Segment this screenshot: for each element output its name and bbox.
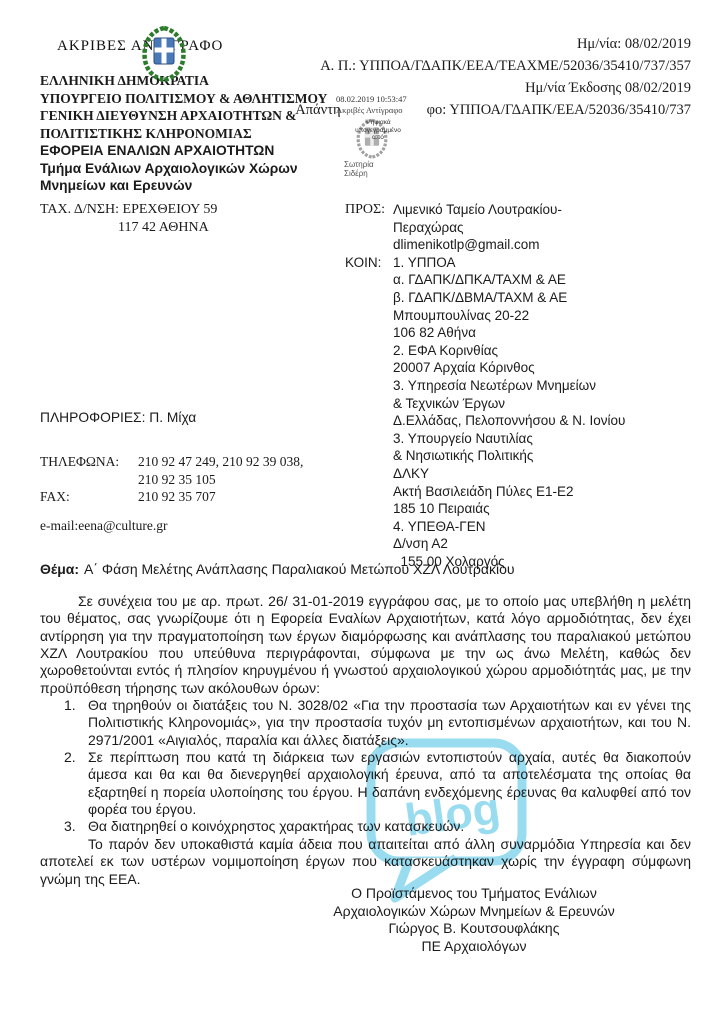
department-line2: Μνημείων και Ερευνών bbox=[40, 177, 360, 194]
signature-title-line1: Ο Προϊστάμενος του Τμήματος Ενάλιων bbox=[268, 885, 680, 903]
phones-block: ΤΗΛΕΦΩΝΑ: 210 92 47 249, 210 92 39 038, … bbox=[40, 453, 303, 506]
subject-text: Α΄ Φάση Μελέτης Ανάπλασης Παραλιακού Μετ… bbox=[84, 561, 515, 577]
term-item-2-number: 2. bbox=[64, 749, 76, 766]
cc-line: β. ΓΔΑΠΚ/ΔΒΜΑ/ΤΑΧΜ & ΑΕ bbox=[393, 289, 625, 307]
cc-line: 106 82 Αθήνα bbox=[393, 324, 625, 342]
term-item-2: 2.Σε περίπτωση που κατά τη διάρκεια των … bbox=[40, 749, 691, 818]
stamp-signer-last: Σιδέρη bbox=[344, 169, 374, 178]
signature-title-line2: Αρχαιολογικών Χώρων Μνημείων & Ερευνών bbox=[268, 903, 680, 921]
digital-signature-stamp: 08.02.2019 10:53:47 Ακριβές Αντίγραφο Ψη… bbox=[336, 94, 456, 160]
cc-line: α. ΓΔΑΠΚ/ΔΠΚΑ/ΤΑΧΜ & ΑΕ bbox=[393, 271, 625, 289]
department-line1: Τμήμα Ενάλιων Αρχαιολογικών Χώρων bbox=[40, 160, 360, 177]
cc-line: 2. ΕΦΑ Κορινθίας bbox=[393, 342, 625, 360]
stamp-signer: Σωτηρία Σιδέρη bbox=[344, 160, 374, 178]
phones-label: ΤΗΛΕΦΩΝΑ: bbox=[40, 453, 138, 488]
cc-line: & Τεχνικών Έργων bbox=[393, 395, 625, 413]
cc-line: Μπουμπουλίνας 20-22 bbox=[393, 307, 625, 325]
cc-lines: 1. ΥΠΠΟΑ α. ΓΔΑΠΚ/ΔΠΚΑ/ΤΑΧΜ & ΑΕ β. ΓΔΑΠ… bbox=[393, 254, 625, 571]
to-line: dlimenikotlp@gmail.com bbox=[393, 236, 562, 254]
greek-coat-of-arms-icon bbox=[137, 22, 191, 84]
cc-line: Ακτή Βασιλειάδη Πύλες Ε1-Ε2 bbox=[393, 483, 625, 501]
official-letter-page: blog ΑΚΡΙΒΕΣ ΑΝΤΙΓΡΑΦΟ ΕΛΛΗΝΙΚΗ ΔΗΜΟΚΡΑΤ… bbox=[0, 0, 724, 1024]
stamp-signed-line2: υπογεγραμμένο bbox=[346, 127, 410, 135]
stamp-signed-text: Ψηφιακά υπογεγραμμένο από bbox=[346, 119, 410, 142]
signature-name: Γιώργος Β. Κουτσουφλάκης bbox=[268, 920, 680, 938]
phones-row: ΤΗΛΕΦΩΝΑ: 210 92 47 249, 210 92 39 038, … bbox=[40, 453, 303, 488]
recipients-block: ΠΡΟΣ: Λιμενικό Ταμείο Λουτρακίου- Περαχώ… bbox=[345, 201, 690, 570]
address-line1: ΤΑΧ. Δ/ΝΣΗ: ΕΡΕΧΘΕΙΟΥ 59 bbox=[40, 201, 217, 219]
stamp-datetime: 08.02.2019 10:53:47 bbox=[336, 94, 456, 104]
cc-line: 185 10 Πειραιάς bbox=[393, 500, 625, 518]
cc-line: 4. ΥΠΕΘΑ-ΓΕΝ bbox=[393, 518, 625, 536]
term-item-1-number: 1. bbox=[64, 697, 76, 714]
term-item-3: 3.Θα διατηρηθεί ο κοινόχρηστος χαρακτήρα… bbox=[40, 818, 691, 835]
cc-line: 1. ΥΠΠΟΑ bbox=[393, 254, 625, 272]
cc-line: 20007 Αρχαία Κόρινθος bbox=[393, 359, 625, 377]
cc-line: 3. Υπηρεσία Νεωτέρων Μνημείων bbox=[393, 377, 625, 395]
letter-body: Σε συνέχεια του με αρ. πρωτ. 26/ 31-01-2… bbox=[40, 593, 691, 888]
signature-grade: ΠΕ Αρχαιολόγων bbox=[268, 938, 680, 956]
address-line2: 117 42 ΑΘΗΝΑ bbox=[40, 219, 217, 237]
fax-value: 210 92 35 707 bbox=[138, 488, 216, 506]
to-row: ΠΡΟΣ: Λιμενικό Ταμείο Λουτρακίου- Περαχώ… bbox=[345, 201, 690, 254]
term-item-1-text: Θα τηρηθούν οι διατάξεις του Ν. 3028/02 … bbox=[88, 697, 691, 748]
to-lines: Λιμενικό Ταμείο Λουτρακίου- Περαχώρας dl… bbox=[393, 201, 562, 254]
phones-values: 210 92 47 249, 210 92 39 038, 210 92 35 … bbox=[138, 453, 303, 488]
cc-line: & Νησιωτικής Πολιτικής bbox=[393, 447, 625, 465]
subject-line: Θέμα:Α΄ Φάση Μελέτης Ανάπλασης Παραλιακο… bbox=[40, 561, 690, 577]
ephorate-line: ΕΦΟΡΕΙΑ ΕΝΑΛΙΩΝ ΑΡΧΑΙΟΤΗΤΩΝ bbox=[40, 142, 360, 159]
cc-label: ΚΟΙΝ: bbox=[345, 254, 393, 571]
term-item-3-number: 3. bbox=[64, 818, 76, 835]
stamp-emblem-wrap: Ψηφιακά υπογεγραμμένο από Σωτηρία Σιδέρη bbox=[346, 116, 410, 160]
stamp-signed-line3: από bbox=[346, 134, 410, 142]
reply-suffix: φο: ΥΠΠΟΑ/ΓΔΑΠΚ/ΕΕΑ/52036/35410/737 bbox=[427, 102, 691, 118]
cc-line: 3. Υπουργείο Ναυτιλίας bbox=[393, 430, 625, 448]
postal-address-block: ΤΑΧ. Δ/ΝΣΗ: ΕΡΕΧΘΕΙΟΥ 59 117 42 ΑΘΗΝΑ bbox=[40, 201, 217, 237]
body-closing-paragraph: Το παρόν δεν υποκαθιστά καμία άδεια που … bbox=[40, 836, 691, 888]
protocol-number-line: Α. Π.: ΥΠΠΟΑ/ΓΔΑΠΚ/ΕΕΑ/ΤΕΑΧΜΕ/52036/3541… bbox=[295, 55, 691, 77]
body-paragraph-1: Σε συνέχεια του με αρ. πρωτ. 26/ 31-01-2… bbox=[40, 593, 691, 697]
cc-line: Δ/νση Α2 bbox=[393, 535, 625, 553]
term-item-3-text: Θα διατηρηθεί ο κοινόχρηστος χαρακτήρας … bbox=[88, 818, 464, 834]
fax-row: FAX: 210 92 35 707 bbox=[40, 488, 303, 506]
term-item-1: 1.Θα τηρηθούν οι διατάξεις του Ν. 3028/0… bbox=[40, 697, 691, 749]
cc-line: ΔΛΚΥ bbox=[393, 465, 625, 483]
signature-block: Ο Προϊστάμενος του Τμήματος Ενάλιων Αρχα… bbox=[268, 885, 680, 956]
cc-row: ΚΟΙΝ: 1. ΥΠΠΟΑ α. ΓΔΑΠΚ/ΔΠΚΑ/ΤΑΧΜ & ΑΕ β… bbox=[345, 254, 690, 571]
stamp-signer-first: Σωτηρία bbox=[344, 160, 374, 169]
information-line: ΠΛΗΡΟΦΟΡΙΕΣ: Π. Μίχα bbox=[40, 410, 196, 425]
stamp-signed-line1: Ψηφιακά bbox=[346, 119, 410, 127]
phones-line1: 210 92 47 249, 210 92 39 038, bbox=[138, 453, 303, 471]
stamp-label: Ακριβές Αντίγραφο bbox=[336, 105, 456, 115]
cc-line: Δ.Ελλάδας, Πελοποννήσου & Ν. Ιονίου bbox=[393, 412, 625, 430]
reply-prefix: Απάντη bbox=[295, 102, 340, 118]
fax-label: FAX: bbox=[40, 488, 138, 506]
to-line: Λιμενικό Ταμείο Λουτρακίου- bbox=[393, 201, 562, 219]
phones-line2: 210 92 35 105 bbox=[138, 471, 303, 489]
to-line: Περαχώρας bbox=[393, 219, 562, 237]
date-line: Ημ/νία: 08/02/2019 bbox=[295, 33, 691, 55]
subject-label: Θέμα: bbox=[40, 561, 79, 577]
general-directorate-line2: ΠΟΛΙΤΙΣΤΙΚΗΣ ΚΛΗΡΟΝΟΜΙΑΣ bbox=[40, 125, 360, 143]
term-item-2-text: Σε περίπτωση που κατά τη διάρκεια των ερ… bbox=[88, 749, 691, 817]
email-line: e-mail:eena@culture.gr bbox=[40, 518, 168, 534]
to-label: ΠΡΟΣ: bbox=[345, 201, 393, 254]
